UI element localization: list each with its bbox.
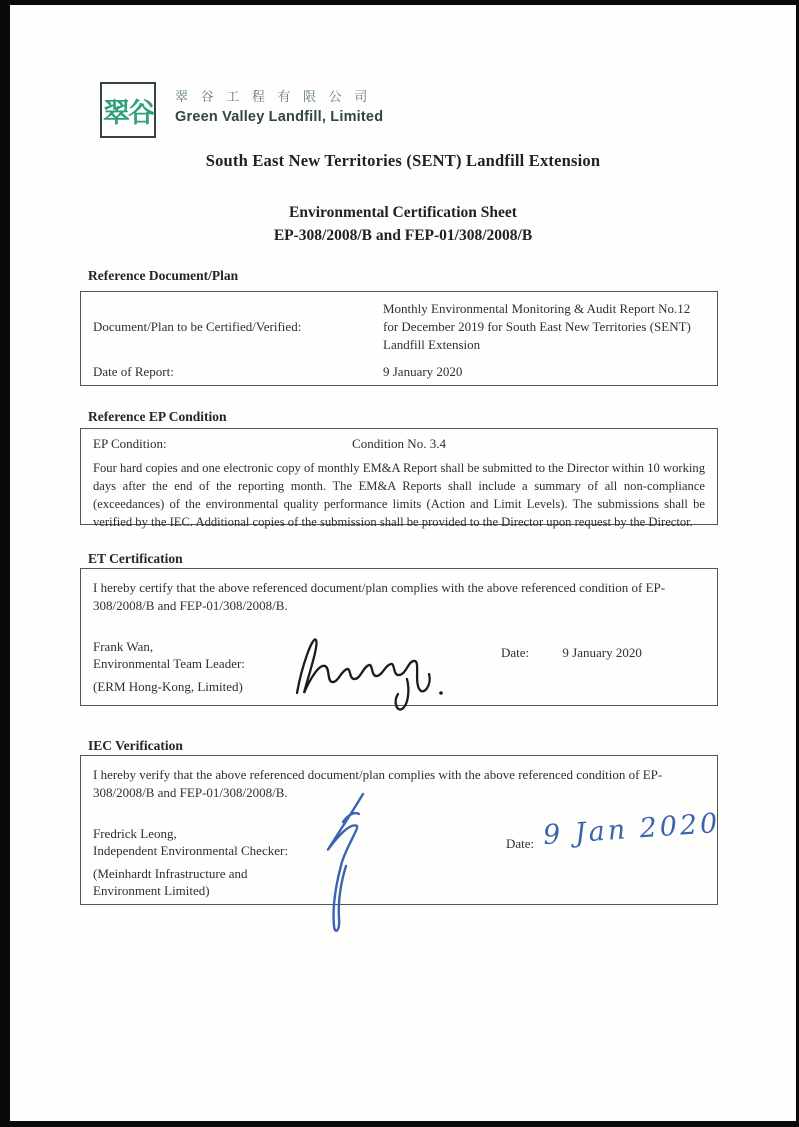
et-signer-block: Frank Wan, Environmental Team Leader: (E…	[93, 639, 245, 696]
scanned-page-frame: 翠谷 翠 谷 工 程 有 限 公 司 Green Valley Landfill…	[0, 0, 799, 1127]
section-heading-reference-document: Reference Document/Plan	[88, 268, 238, 284]
et-signer-title: Environmental Team Leader:	[93, 656, 245, 673]
iec-date-label: Date:	[506, 836, 534, 852]
reference-document-table: Document/Plan to be Certified/Verified: …	[80, 291, 718, 386]
iec-date-row: Date:	[506, 836, 534, 852]
iec-verification-statement: I hereby verify that the above reference…	[93, 766, 698, 803]
iec-signature-image	[299, 788, 371, 940]
et-date-label: Date:	[501, 645, 529, 661]
ep-condition-value: Condition No. 3.4	[93, 436, 705, 452]
permit-numbers: EP-308/2008/B and FEP-01/308/2008/B	[10, 227, 796, 245]
company-header: 翠谷 翠 谷 工 程 有 限 公 司 Green Valley Landfill…	[100, 82, 383, 138]
et-date-row: Date: 9 January 2020	[501, 645, 642, 661]
iec-signer-company-line1: (Meinhardt Infrastructure and	[93, 866, 288, 883]
section-heading-et-certification: ET Certification	[88, 551, 183, 567]
certification-sheet-page: 翠谷 翠 谷 工 程 有 限 公 司 Green Valley Landfill…	[10, 5, 796, 1121]
document-title: Environmental Certification Sheet	[10, 204, 796, 222]
et-signature-image	[289, 627, 459, 719]
section-heading-reference-ep-condition: Reference EP Condition	[88, 409, 227, 425]
iec-signer-name: Fredrick Leong,	[93, 826, 288, 843]
iec-signer-company-line2: Environment Limited)	[93, 883, 288, 900]
et-certification-box: I hereby certify that the above referenc…	[80, 568, 718, 706]
reference-ep-condition-table: EP Condition: Condition No. 3.4 Four har…	[80, 428, 718, 525]
iec-signer-block: Fredrick Leong, Independent Environmenta…	[93, 826, 288, 900]
document-plan-value: Monthly Environmental Monitoring & Audit…	[383, 300, 705, 354]
iec-verification-box: I hereby verify that the above reference…	[80, 755, 718, 905]
company-logo-icon: 翠谷	[100, 82, 156, 138]
et-certification-statement: I hereby certify that the above referenc…	[93, 579, 698, 616]
section-heading-iec-verification: IEC Verification	[88, 738, 183, 754]
et-signer-name: Frank Wan,	[93, 639, 245, 656]
project-title: South East New Territories (SENT) Landfi…	[10, 151, 796, 171]
ep-condition-row: EP Condition: Condition No. 3.4	[93, 436, 705, 454]
ep-condition-description: Four hard copies and one electronic copy…	[93, 460, 705, 532]
document-plan-label: Document/Plan to be Certified/Verified:	[93, 319, 383, 335]
company-name-chinese: 翠 谷 工 程 有 限 公 司	[175, 86, 383, 105]
company-name-english: Green Valley Landfill, Limited	[175, 109, 383, 125]
et-signer-company: (ERM Hong-Kong, Limited)	[93, 679, 245, 696]
date-of-report-value: 9 January 2020	[383, 363, 705, 381]
company-name-block: 翠 谷 工 程 有 限 公 司 Green Valley Landfill, L…	[175, 82, 383, 125]
iec-signer-title: Independent Environmental Checker:	[93, 843, 288, 860]
et-date-value: 9 January 2020	[562, 645, 641, 661]
iec-date-handwritten: 9 Jan 2020	[542, 808, 721, 851]
date-of-report-label: Date of Report:	[93, 364, 383, 381]
